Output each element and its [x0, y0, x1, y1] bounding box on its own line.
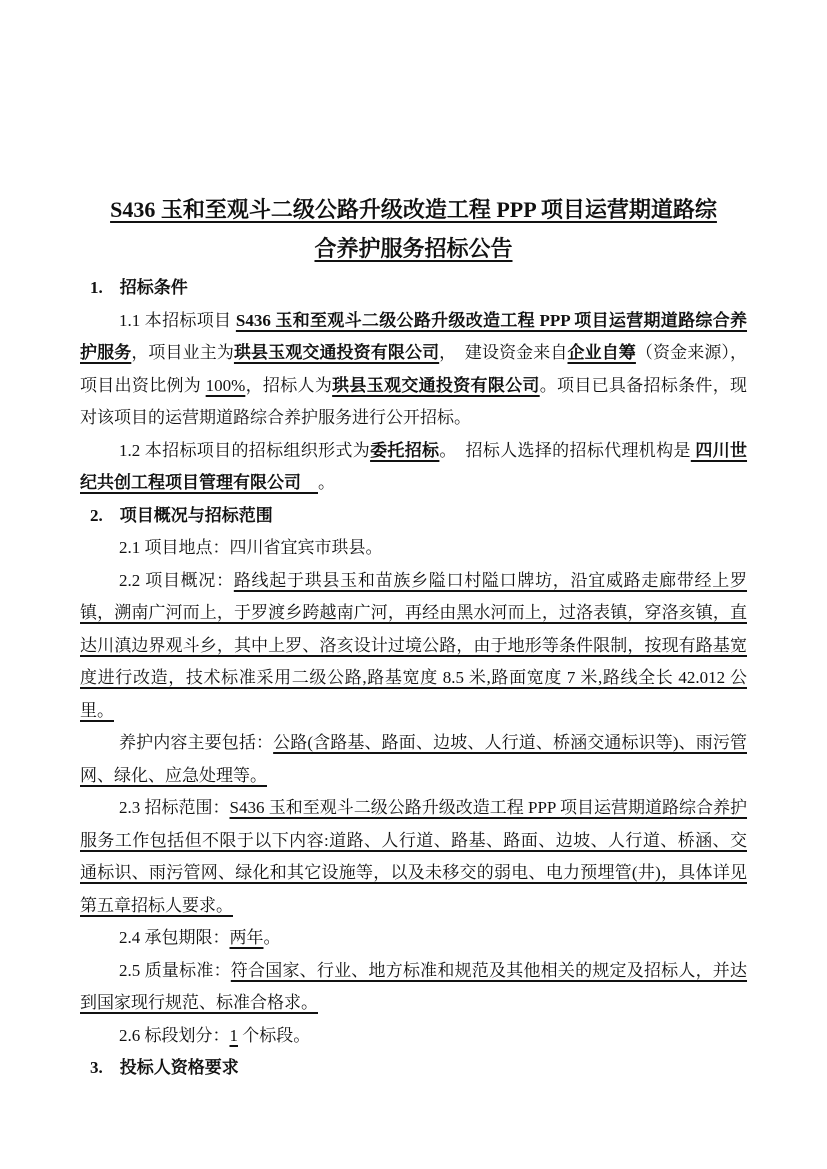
- text-run: 1.1 本招标项目: [119, 311, 236, 330]
- text-run: ，招标人为: [245, 376, 332, 395]
- text-run: 企业自筹: [568, 343, 636, 362]
- paragraph-2-4: 2.4 承包期限：两年。: [80, 922, 747, 955]
- section-heading-1: 1. 招标条件: [80, 272, 747, 305]
- paragraph-2-2: 2.2 项目概况：路线起于珙县玉和苗族乡隘口村隘口牌坊，沿宜威路走廊带经上罗镇，…: [80, 565, 747, 728]
- text-run: 养护内容主要包括：: [119, 733, 273, 752]
- text-run: 2.6 标段划分：: [119, 1026, 230, 1045]
- section-heading-3: 3. 投标人资格要求: [80, 1052, 747, 1085]
- text-run: 1.2 本招标项目的招标组织形式为: [119, 441, 370, 460]
- text-run: 路线起于珙县玉和苗族乡隘口村隘口牌坊，沿宜威路走廊带经上罗镇，溯南广河而上，于罗…: [80, 571, 747, 720]
- document-page: S436 玉和至观斗二级公路升级改造工程 PPP 项目运营期道路综合养护服务招标…: [0, 0, 827, 1169]
- text-run: 合养护服务招标公告: [314, 236, 512, 261]
- section-heading-2: 2. 项目概况与招标范围: [80, 500, 747, 533]
- text-run: S436 玉和至观斗二级公路升级改造工程 PPP 项目运营期道路综: [110, 197, 717, 222]
- text-run: 1: [230, 1026, 239, 1045]
- text-run: 。 招标人选择的招标代理机构是: [439, 441, 690, 460]
- paragraph-1-2: 1.2 本招标项目的招标组织形式为委托招标。 招标人选择的招标代理机构是 四川世…: [80, 435, 747, 500]
- text-run: 珙县玉观交通投资有限公司: [332, 376, 540, 395]
- text-run: 。: [264, 928, 281, 947]
- text-run: 100%: [206, 376, 246, 395]
- text-run: 3. 投标人资格要求: [90, 1058, 239, 1077]
- text-run: 珙县玉观交通投资有限公司: [234, 343, 439, 362]
- text-run: 2.4 承包期限：: [119, 928, 230, 947]
- text-run: 2.3 招标范围：: [119, 798, 230, 817]
- text-run: 。: [318, 473, 335, 492]
- text-run: 2.1 项目地点：四川省宜宾市珙县。: [119, 538, 383, 557]
- text-run: 2.2 项目概况：: [119, 571, 234, 590]
- text-run: ， 建设资金来自: [439, 343, 567, 362]
- paragraph-2-3: 2.3 招标范围：S436 玉和至观斗二级公路升级改造工程 PPP 项目运营期道…: [80, 792, 747, 922]
- paragraph-maintenance-scope: 养护内容主要包括：公路(含路基、路面、边坡、人行道、桥涵交通标识等)、雨污管网、…: [80, 727, 747, 792]
- paragraph-2-6: 2.6 标段划分：1 个标段。: [80, 1020, 747, 1053]
- text-run: 2.5 质量标准：: [119, 961, 231, 980]
- text-run: 2. 项目概况与招标范围: [90, 506, 273, 525]
- text-run: 两年: [230, 928, 264, 947]
- paragraph-2-1: 2.1 项目地点：四川省宜宾市珙县。: [80, 532, 747, 565]
- text-run: 1. 招标条件: [90, 278, 188, 297]
- paragraph-1-1: 1.1 本招标项目 S436 玉和至观斗二级公路升级改造工程 PPP 项目运营期…: [80, 305, 747, 435]
- text-run: 委托招标: [370, 441, 439, 460]
- document-body: S436 玉和至观斗二级公路升级改造工程 PPP 项目运营期道路综合养护服务招标…: [80, 190, 747, 1085]
- paragraph-2-5: 2.5 质量标准：符合国家、行业、地方标准和规范及其他相关的规定及招标人，并达到…: [80, 955, 747, 1020]
- text-run: 个标段。: [238, 1026, 310, 1045]
- document-title: S436 玉和至观斗二级公路升级改造工程 PPP 项目运营期道路综合养护服务招标…: [80, 190, 747, 268]
- text-run: ，项目业主为: [131, 343, 234, 362]
